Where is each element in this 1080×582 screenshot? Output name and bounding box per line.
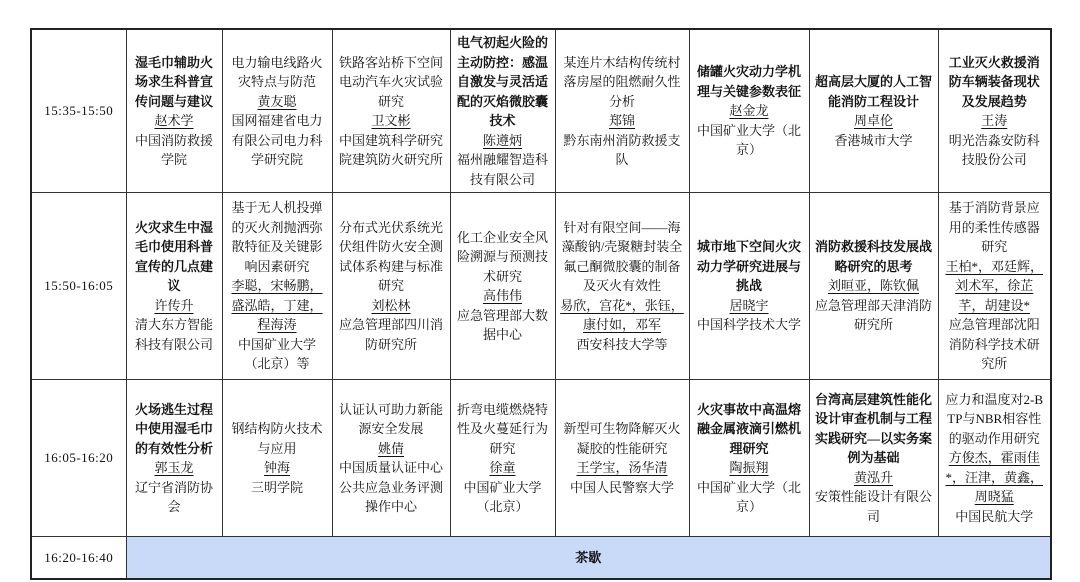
talk-affiliation: 国网福建省电力有限公司电力科学研究院	[227, 111, 328, 170]
talk-title: 城市地下空间火灾动力学研究进展与挑战	[694, 237, 805, 296]
talk-title: 折弯电缆燃烧特性及火蔓延行为研究	[455, 400, 551, 459]
talk-authors: 陶振翔	[694, 458, 805, 478]
talk-title: 基于消防背景应用的柔性传感器研究	[943, 198, 1047, 257]
session-cell: 火灾求生中湿毛巾使用科普宣传的几点建议 许传升 清大东方智能科技有限公司	[126, 193, 222, 380]
schedule-table: 15:35-15:50 湿毛巾辅助火场求生科普宣传问题与建议 赵术学 中国消防救…	[30, 28, 1052, 580]
talk-title: 分布式光伏系统光伏组件防火安全测试体系构建与标准研究	[337, 218, 446, 296]
talk-title: 新型可生物降解灭火凝胶的性能研究	[560, 419, 685, 458]
session-cell: 湿毛巾辅助火场求生科普宣传问题与建议 赵术学 中国消防救援学院	[126, 29, 222, 193]
session-cell: 某连片木结构传统村落房屋的阻燃耐久性分析 郑锦 黔东南州消防救援支队	[555, 29, 689, 193]
talk-authors: 钟海	[227, 458, 328, 478]
talk-affiliation: 应急管理部天津消防研究所	[814, 296, 934, 335]
talk-title: 消防救援科技发展战略研究的思考	[814, 237, 934, 276]
session-cell: 针对有限空间——海藻酸钠/壳聚糖封装全氟己酮微胶囊的制备及灭火有效性 易欣，宫花…	[555, 193, 689, 380]
talk-authors: 赵术学	[131, 111, 218, 131]
session-cell: 基于消防背景应用的柔性传感器研究 王柏*，邓廷辉，刘术军，徐芷芊，胡建设* 应急…	[938, 193, 1051, 380]
talk-authors: 刘晅亚，陈钦佩	[814, 276, 934, 296]
session-cell: 火灾事故中高温熔融金属液滴引燃机理研究 陶振翔 中国矿业大学（北京）	[689, 380, 809, 537]
session-cell: 电气初起火险的主动防控：感温自激发与灵活适配的灭焰微胶囊技术 陈遵炳 福州融耀智…	[450, 29, 555, 193]
session-cell: 超高层大厦的人工智能消防工程设计 周卓伦 香港城市大学	[809, 29, 938, 193]
time-slot: 15:50-16:05	[31, 193, 126, 380]
talk-affiliation: 辽宁省消防协会	[131, 478, 218, 517]
talk-title: 认证认可助力新能源安全发展	[337, 400, 446, 439]
schedule-row-1: 15:35-15:50 湿毛巾辅助火场求生科普宣传问题与建议 赵术学 中国消防救…	[31, 29, 1051, 193]
schedule-row-3: 16:05-16:20 火场逃生过程中使用湿毛巾的有效性分析 郭玉龙 辽宁省消防…	[31, 380, 1051, 537]
talk-affiliation: 黔东南州消防救援支队	[560, 131, 685, 170]
session-cell: 火场逃生过程中使用湿毛巾的有效性分析 郭玉龙 辽宁省消防协会	[126, 380, 222, 537]
talk-authors: 赵金龙	[694, 101, 805, 121]
talk-affiliation: 香港城市大学	[814, 131, 934, 151]
session-cell: 基于无人机投弹的灭火剂抛洒弥散特征及关键影响因素研究 李聪，宋畅鹏，盛泓皓，丁建…	[222, 193, 332, 380]
talk-affiliation: 应急管理部沈阳消防科学技术研究所	[943, 315, 1047, 374]
talk-affiliation: 中国质量认证中心公共应急业务评测操作中心	[337, 458, 446, 517]
talk-title: 针对有限空间——海藻酸钠/壳聚糖封装全氟己酮微胶囊的制备及灭火有效性	[560, 218, 685, 296]
tea-break-cell: 茶歇	[126, 537, 1051, 579]
talk-authors: 徐童	[455, 458, 551, 478]
talk-title: 储罐火灾动力学机理与关键参数表征	[694, 62, 805, 101]
talk-title: 电力输电线路火灾特点与防范	[227, 53, 328, 92]
talk-affiliation: 中国建筑科学研究院建筑防火研究所	[337, 131, 446, 170]
time-slot: 16:20-16:40	[31, 537, 126, 579]
talk-affiliation: 中国矿业大学（北京）	[694, 478, 805, 517]
talk-affiliation: 西安科技大学等	[560, 335, 685, 355]
session-cell: 钢结构防火技术与应用 钟海 三明学院	[222, 380, 332, 537]
session-cell: 工业灭火救援消防车辆装备现状及发展趋势 王涛 明光浩淼安防科技股份公司	[938, 29, 1051, 193]
talk-affiliation: 三明学院	[227, 478, 328, 498]
talk-title: 电气初起火险的主动防控：感温自激发与灵活适配的灭焰微胶囊技术	[455, 33, 551, 131]
talk-title: 湿毛巾辅助火场求生科普宣传问题与建议	[131, 53, 218, 112]
talk-affiliation: 中国人民警察大学	[560, 478, 685, 498]
talk-title: 某连片木结构传统村落房屋的阻燃耐久性分析	[560, 53, 685, 112]
session-cell: 城市地下空间火灾动力学研究进展与挑战 居晓宇 中国科学技术大学	[689, 193, 809, 380]
session-cell: 储罐火灾动力学机理与关键参数表征 赵金龙 中国矿业大学（北京）	[689, 29, 809, 193]
session-cell: 分布式光伏系统光伏组件防火安全测试体系构建与标准研究 刘松林 应急管理部四川消防…	[332, 193, 450, 380]
talk-authors: 姚倩	[337, 439, 446, 459]
talk-affiliation: 中国矿业大学（北京）	[455, 478, 551, 517]
session-cell: 消防救援科技发展战略研究的思考 刘晅亚，陈钦佩 应急管理部天津消防研究所	[809, 193, 938, 380]
session-cell: 认证认可助力新能源安全发展 姚倩 中国质量认证中心公共应急业务评测操作中心	[332, 380, 450, 537]
schedule-row-2: 15:50-16:05 火灾求生中湿毛巾使用科普宣传的几点建议 许传升 清大东方…	[31, 193, 1051, 380]
talk-authors: 高伟伟	[455, 286, 551, 306]
talk-authors: 居晓宇	[694, 296, 805, 316]
talk-authors: 卫文彬	[337, 111, 446, 131]
talk-affiliation: 福州融耀智造科技有限公司	[455, 150, 551, 189]
talk-title: 基于无人机投弹的灭火剂抛洒弥散特征及关键影响因素研究	[227, 198, 328, 276]
talk-title: 火灾事故中高温熔融金属液滴引燃机理研究	[694, 400, 805, 459]
talk-title: 应力和温度对2-BTP与NBR相容性的驱动作用研究	[943, 390, 1047, 449]
time-slot: 15:35-15:50	[31, 29, 126, 193]
talk-authors: 黄友聪	[227, 92, 328, 112]
tea-break-row: 16:20-16:40 茶歇	[31, 537, 1051, 579]
session-cell: 台湾高层建筑性能化设计审查机制与工程实践研究—以实务案例为基础 黄泓升 安策性能…	[809, 380, 938, 537]
talk-affiliation: 安策性能设计有限公司	[814, 487, 934, 526]
talk-authors: 陈遵炳	[455, 131, 551, 151]
session-cell: 应力和温度对2-BTP与NBR相容性的驱动作用研究 方俊杰，霍雨佳*，汪津，黄鑫…	[938, 380, 1051, 537]
talk-title: 工业灭火救援消防车辆装备现状及发展趋势	[943, 53, 1047, 112]
talk-authors: 王柏*，邓廷辉，刘术军，徐芷芊，胡建设*	[943, 257, 1047, 316]
session-cell: 化工企业安全风险溯源与预测技术研究 高伟伟 应急管理部大数据中心	[450, 193, 555, 380]
talk-authors: 易欣，宫花*，张钰，康付如，邓军	[560, 296, 685, 335]
talk-authors: 李聪，宋畅鹏，盛泓皓，丁建，程海涛	[227, 276, 328, 335]
session-cell: 折弯电缆燃烧特性及火蔓延行为研究 徐童 中国矿业大学（北京）	[450, 380, 555, 537]
session-cell: 新型可生物降解灭火凝胶的性能研究 王学宝，汤华清 中国人民警察大学	[555, 380, 689, 537]
time-slot: 16:05-16:20	[31, 380, 126, 537]
talk-affiliation: 清大东方智能科技有限公司	[131, 315, 218, 354]
talk-title: 超高层大厦的人工智能消防工程设计	[814, 72, 934, 111]
session-cell: 电力输电线路火灾特点与防范 黄友聪 国网福建省电力有限公司电力科学研究院	[222, 29, 332, 193]
talk-authors: 王涛	[943, 111, 1047, 131]
session-cell: 铁路客站桥下空间电动汽车火灾试验研究 卫文彬 中国建筑科学研究院建筑防火研究所	[332, 29, 450, 193]
talk-title: 铁路客站桥下空间电动汽车火灾试验研究	[337, 53, 446, 112]
talk-authors: 郭玉龙	[131, 458, 218, 478]
talk-title: 化工企业安全风险溯源与预测技术研究	[455, 228, 551, 287]
talk-title: 火场逃生过程中使用湿毛巾的有效性分析	[131, 400, 218, 459]
talk-affiliation: 应急管理部大数据中心	[455, 306, 551, 345]
talk-affiliation: 中国矿业大学（北京）等	[227, 335, 328, 374]
talk-authors: 王学宝，汤华清	[560, 458, 685, 478]
talk-authors: 郑锦	[560, 111, 685, 131]
talk-title: 钢结构防火技术与应用	[227, 419, 328, 458]
talk-title: 火灾求生中湿毛巾使用科普宣传的几点建议	[131, 218, 218, 296]
conference-schedule-page: 15:35-15:50 湿毛巾辅助火场求生科普宣传问题与建议 赵术学 中国消防救…	[0, 0, 1080, 582]
talk-affiliation: 中国科学技术大学	[694, 315, 805, 335]
talk-authors: 周卓伦	[814, 111, 934, 131]
talk-affiliation: 中国消防救援学院	[131, 131, 218, 170]
talk-authors: 刘松林	[337, 296, 446, 316]
talk-affiliation: 中国民航大学	[943, 507, 1047, 527]
talk-authors: 黄泓升	[814, 468, 934, 488]
talk-affiliation: 明光浩淼安防科技股份公司	[943, 131, 1047, 170]
talk-title: 台湾高层建筑性能化设计审查机制与工程实践研究—以实务案例为基础	[814, 390, 934, 468]
talk-affiliation: 中国矿业大学（北京）	[694, 121, 805, 160]
talk-authors: 方俊杰，霍雨佳*，汪津，黄鑫，周晓猛	[943, 448, 1047, 507]
talk-authors: 许传升	[131, 296, 218, 316]
talk-affiliation: 应急管理部四川消防研究所	[337, 315, 446, 354]
